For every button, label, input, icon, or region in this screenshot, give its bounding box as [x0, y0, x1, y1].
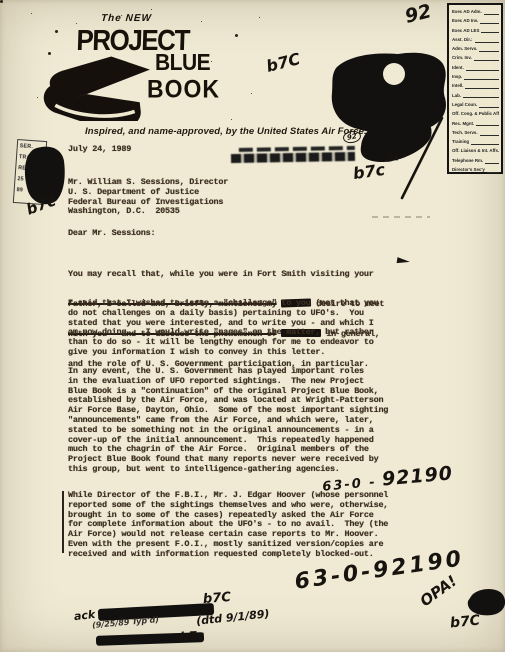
pen-slash: [392, 110, 452, 205]
address-block: Mr. William S. Sessions, DirectorU. S. D…: [68, 178, 228, 217]
handwritten-opal: OPA!: [417, 572, 461, 611]
faint-stamp-marks: [372, 216, 430, 218]
ink-speckles: [0, 0, 3, 3]
scanned-letter-page: The NEW PROJECT BLUE BOOK Inspired, and …: [0, 0, 505, 652]
date-line: July 24, 1989: [68, 145, 131, 155]
illegible-stamp: [231, 146, 355, 170]
pen-arrow: [397, 257, 411, 265]
case-small-number: 92190: [381, 462, 454, 490]
blue-book-icon: [40, 55, 155, 121]
redaction-block-bottom-right: [464, 585, 505, 617]
letterhead-blue: BLUE: [155, 50, 210, 76]
handwritten-b7c-below-bar: b7c: [180, 628, 205, 644]
handwritten-page-number: 92: [403, 0, 434, 28]
handwritten-b7c-logo: b7C: [264, 49, 302, 76]
letterhead-book: BOOK: [147, 75, 220, 104]
p1-line1: You may recall that, while you were in F…: [68, 270, 384, 280]
handwritten-b7c-mid-sup: 24: [386, 153, 400, 165]
paragraph-3: In any event, the U. S. Government has p…: [68, 367, 388, 475]
paragraph-2: I said that I wished to issue a "challen…: [68, 299, 378, 358]
margin-pen-line: [62, 491, 64, 553]
handwritten-b7c-mid: b7c: [352, 160, 386, 183]
salutation: Dear Mr. Sessions:: [68, 229, 155, 239]
letterhead-tagline: Inspired, and name-approved, by the Unit…: [85, 126, 367, 137]
handwritten-b7c-bottom-right: b7C: [449, 612, 481, 631]
paragraph-4: While Director of the F.B.I., Mr. J. Edg…: [68, 491, 388, 560]
handwritten-b7c-above-bar: b7C: [203, 590, 232, 607]
fbi-routing-stamp: Exec AD Adm.Exec AD Inv.Exec AD LESAsst.…: [447, 3, 503, 174]
